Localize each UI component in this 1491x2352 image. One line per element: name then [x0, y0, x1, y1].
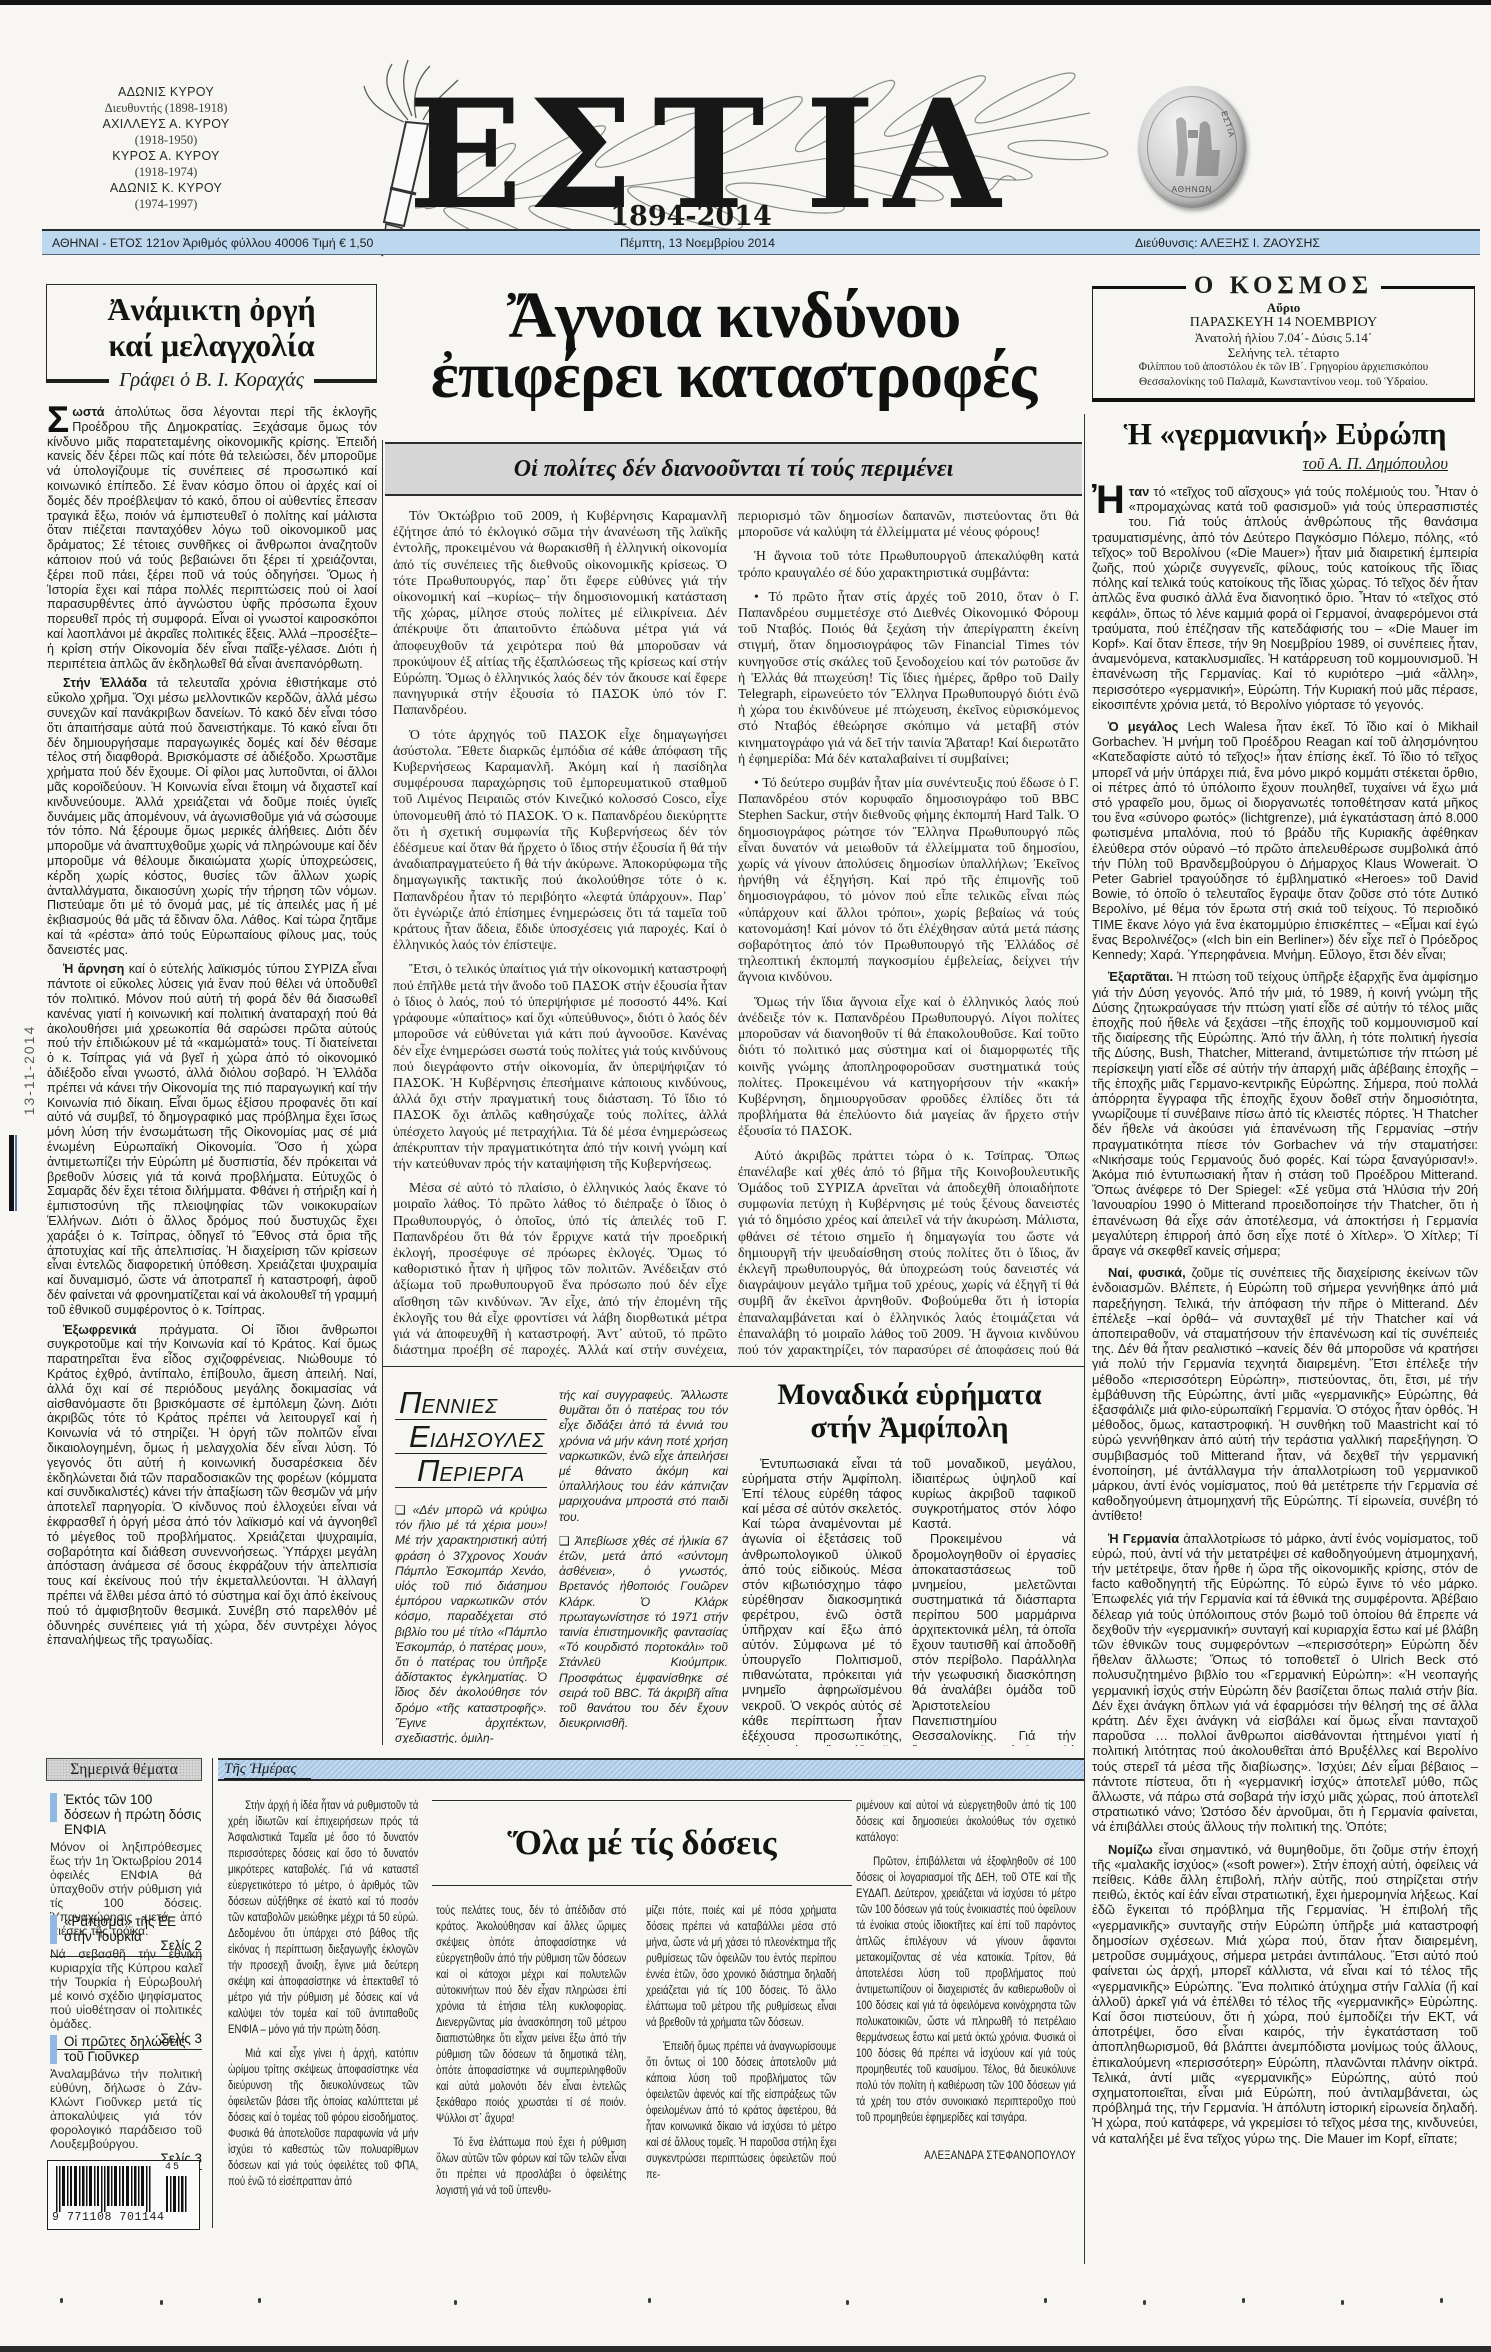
paragraph: Ἡ Γερμανία ἀπαλλοτρίωσε τό μάρκο, ἀντί ἑ… [1092, 1531, 1478, 1835]
section-bar-tis-imeras: Τῆς Ἡμέρας [218, 1758, 1084, 1781]
day-headline: Ὅλα μέ τίς δόσεις [507, 1823, 776, 1862]
heading-rest: ΕΝΝΙΕΣ [421, 1396, 497, 1418]
pennies-column-2: τής καί συγγραφεύς. Ἄλλωστε θυμᾶται ὅτι … [559, 1388, 728, 1743]
kosmos-sun: Ἀνατολή ἡλίου 7.04΄- Δύσις 5.14΄ [1092, 330, 1475, 345]
paragraph: Ὅμως τήν ἴδια ἄγνοια εἶχε καί ὁ ἑλληνικό… [738, 994, 1079, 1140]
barcode-addon: 45 [165, 2162, 181, 2173]
headline-line: Μοναδικά εὑρήματα [737, 1378, 1082, 1411]
germany-body: Ἠταν τό «τεῖχος τοῦ αἴσχους» γιά τούς πο… [1092, 484, 1478, 2266]
paragraph-text: τό «τεῖχος τοῦ αἴσχους» γιά τούς πολέμιο… [1092, 484, 1478, 712]
amphipolis-column-1: Ἐντυπωσιακά εἶναι τά εὑρήματα στήν Ἀμφίπ… [742, 1456, 902, 1746]
topic-text: Ἀναλαμβάνω τήν πολιτική εὐθύνη, δήλωσε ὁ… [50, 2067, 202, 2151]
news-item: ❑ Ἀπεβίωσε χθές σέ ἡλικία 67 ἐτῶν, μετά … [559, 1534, 728, 1732]
perforation-mark [846, 2300, 849, 2305]
top-border [0, 0, 1491, 5]
paragraph-text: τά τελευταῖα χρόνια ἐθιστήκαμε στό εὔκολ… [47, 676, 377, 956]
lead-words: ωστά [72, 405, 104, 419]
pennies-heading: ΠΕΝΝΙΕΣ ΕΙΔΗΣΟΥΛΕΣ ΠΕΡΙΕΡΓΑ [395, 1386, 547, 1488]
perforation-mark [648, 2298, 651, 2303]
paragraph: Ἐπειδή ὅμως πρέπει νά ἀναγνωρίσουμε ὅτι … [646, 2038, 836, 2182]
paragraph: Προκειμένου νά δρομολογηθοῦν οἱ ἐργασίες… [912, 1531, 1076, 1746]
kosmos-moon: Σελήνης τελ. τέταρτο [1092, 345, 1475, 360]
author-name: τοῦ Α. Π. Δημόπουλου [1303, 454, 1448, 473]
paragraph: Μιά καί εἶχε γίνει ἡ ἀρχή, κατόπιν ὡρίμο… [228, 2045, 418, 2189]
news-item: τής καί συγγραφεύς. Ἄλλωστε θυμᾶται ὅτι … [559, 1388, 728, 1525]
paragraph: Πρῶτον, ἐπιβάλλεται νά ἐξοφληθοῦν σέ 100… [856, 1853, 1076, 2125]
paragraph: Ἠταν τό «τεῖχος τοῦ αἴσχους» γιά τούς πο… [1092, 484, 1478, 712]
perforation-mark [1440, 2298, 1443, 2303]
column-rule [1084, 414, 1085, 2264]
newspaper-front-page: ΑΔΩΝΙΣ ΚΥΡΟΥ Διευθυντής (1898-1918) ΑΧΙΛ… [0, 0, 1491, 2352]
paragraph: Ἔτσι, ὁ τελικός ὑπαίτιος γιά τήν οἰκονομ… [393, 961, 727, 1172]
issue-info: ΑΘΗΝΑΙ - ΕΤΟΣ 121ον Ἀριθμός φύλλου 40006… [52, 235, 373, 251]
topic-title: Οἱ πρῶτες δηλώσεις τοῦ Γιοῦνκερ [50, 2034, 202, 2064]
topic-title: «Ράπισμα» τῆς ΕΕ στήν Τουρκία [50, 1914, 202, 1944]
perforation-mark [454, 2300, 457, 2305]
kosmos-title: Ο ΚΟΣΜΟΣ [1092, 272, 1475, 300]
paragraph-text: εἶναι σημαντικό, νά θυμηθοῦμε, ὅτι ζοῦμε… [1092, 1842, 1478, 2146]
editorial-byline-text: Γράφει ὁ Β. Ι. Κοραχάς [109, 369, 314, 391]
founder-name: ΚΥΡΟΣ Α. ΚΥΡΟΥ [88, 148, 244, 164]
pennies-column-1: ❑ «Δέν μπορῶ νά κρύψω τόν ἥλιο μέ τά χέρ… [395, 1503, 547, 1743]
section-rule [383, 1366, 1084, 1367]
headline-line: ἐπιφέρει καταστροφές [385, 346, 1082, 406]
lead-words: Ἡ ἄρνηση [63, 962, 124, 976]
founder-years: (1918-1950) [88, 132, 244, 148]
founder-name: ΑΧΙΛΛΕΥΣ Α. ΚΥΡΟΥ [88, 116, 244, 132]
paragraph-text: ἀπολύτως ὅσα λέγονται περί τῆς ἐκλογῆς Π… [47, 405, 377, 671]
perforation-mark [60, 2298, 63, 2303]
drop-cap: Ἠ [1092, 485, 1125, 515]
editorial-title: Ἀνάμικτη ὀργή καί μελαγχολία [46, 291, 377, 363]
paragraph: Ὁ τότε ἀρχηγός τοῦ ΠΑΣΟΚ εἶχε δημαγωγήσε… [393, 727, 727, 954]
kosmos-content: Αὔριο ΠΑΡΑΣΚΕΥΗ 14 ΝΟΕΜΒΡΙΟΥ Ἀνατολή ἡλί… [1092, 298, 1475, 390]
paragraph: Σωστά ἀπολύτως ὅσα λέγονται περί τῆς ἐκλ… [47, 405, 377, 671]
today-topics-title: Σημερινά θέματα [70, 1761, 178, 1778]
heading-rest: ΕΡΙΕΡΓΑ [439, 1464, 524, 1486]
lead-words: Ὁ μεγάλος [1108, 719, 1178, 734]
pennies-heading-line: ΕΙΔΗΣΟΥΛΕΣ [395, 1420, 547, 1454]
headline-line: Ἄγνοια κινδύνου [385, 286, 1082, 346]
paragraph: Στήν ἀρχή ἡ ἰδέα ἦταν νά ρυθμιστοῦν τά χ… [228, 1797, 418, 2037]
issue-date: Πέμπτη, 13 Νοεμβρίου 2014 [620, 235, 775, 251]
topic-bullet-icon [50, 2035, 57, 2064]
amphipolis-column-2: τοῦ μοναδικοῦ, μεγάλου, ἰδιαιτέρως ὑψηλο… [912, 1456, 1076, 1746]
kosmos-saints: Θεσσαλονίκης τοῦ Παλαμᾶ, Κωνσταντίνου νε… [1092, 375, 1475, 390]
topic-item: Οἱ πρῶτες δηλώσεις τοῦ Γιοῦνκερ Ἀναλαμβά… [50, 2034, 202, 2170]
paragraph-text: καί ὁ εὐτελής λαϊκισμός τύπου ΣΥΡΙΖΑ εἶν… [47, 962, 377, 1316]
paragraph: τοῦ μοναδικοῦ, μεγάλου, ἰδιαιτέρως ὑψηλο… [912, 1456, 1076, 1531]
paragraph: μίζει πότε, ποιές καί μέ πόσα χρήματα δό… [646, 1902, 836, 2030]
founder-years: (1974-1997) [88, 196, 244, 212]
topic-text: Νά σεβασθῆ τήν ἐθνική κυριαρχία τῆς Κύπρ… [50, 1947, 202, 2031]
lead-words: Νομίζω [1108, 1842, 1153, 1857]
pennies-heading-line: ΠΕΝΝΙΕΣ [395, 1386, 547, 1420]
lead-headline: Ἄγνοια κινδύνου ἐπιφέρει καταστροφές [385, 286, 1082, 406]
paragraph-text: Lech Walesa ἦταν ἐκεῖ. Τό ἴδιο καί ὁ Mik… [1092, 719, 1478, 962]
paragraph-text: Ἡ πτώση τοῦ τείχους ὑπῆρξε ἐξαρχῆς ἕνα ἀ… [1092, 969, 1478, 1258]
paragraph-text: ζοῦμε τίς συνέπειες τῆς διαχείρισης ἐκεί… [1092, 1265, 1478, 1523]
logo-letter: Ε [408, 80, 522, 230]
lead-words: Ἐξαρτᾶται. [1108, 969, 1173, 984]
paragraph: Τό ἕνα ἐλάττωμα πού ἔχει ἡ ρύθμιση ὅλων … [436, 2134, 626, 2198]
perforation-mark [1143, 2300, 1146, 2305]
perforation-mark [1341, 2300, 1344, 2305]
drop-cap: Σ [47, 406, 69, 434]
kosmos-label: Αὔριο [1092, 300, 1475, 315]
coin-emblem-icon: ΕΣΤΙΑ ΑΘΗΝΩΝ [1138, 86, 1246, 208]
column-rule [382, 440, 383, 1745]
paragraph: Τόν Ὀκτώβριο τοῦ 2009, ἡ Κυβέρνησις Καρα… [393, 508, 727, 719]
day-column-4: ριμένουν καί αὐτοί νά εὐεργετηθοῦν ἀπό τ… [856, 1797, 1076, 2257]
paragraph-text: πράγματα. Οἱ ἴδιοι ἄνθρωποι συγκροτοῦμε … [47, 1323, 377, 1648]
day-headline-box: Ὅλα μέ τίς δόσεις [432, 1800, 852, 1886]
heading-rest: ΙΔΗΣΟΥΛΕΣ [430, 1430, 545, 1452]
info-bar: ΑΘΗΝΑΙ - ΕΤΟΣ 121ον Ἀριθμός φύλλου 40006… [42, 229, 1480, 255]
paragraph: Νομίζω εἶναι σημαντικό, νά θυμηθοῦμε, ὅτ… [1092, 1842, 1478, 2146]
heading-initial: Π [399, 1385, 421, 1420]
lead-words: Στήν Ἑλλάδα [63, 676, 147, 690]
lead-column-2: περιορισμό τῶν δημοσίων δαπανῶν, πιστεύο… [738, 508, 1079, 1360]
kosmos-day: ΠΑΡΑΣΚΕΥΗ 14 ΝΟΕΜΒΡΙΟΥ [1092, 315, 1475, 330]
paragraph: • Τό πρῶτο ἦταν στίς ἀρχές τοῦ 2010, ὅτα… [738, 589, 1079, 767]
perforation-mark [160, 2300, 163, 2305]
lead-words: Ἐξωφρενικά [63, 1323, 137, 1337]
founder-name: ΑΔΩΝΙΣ Κ. ΚΥΡΟΥ [88, 180, 244, 196]
editorial-title-line: Ἀνάμικτη ὀργή [46, 291, 377, 327]
perforation-mark [258, 2298, 261, 2303]
kosmos-title-text: Ο ΚΟΣΜΟΣ [1186, 272, 1381, 299]
heading-initial: Ε [409, 1419, 430, 1454]
editorial-title-line: καί μελαγχολία [46, 327, 377, 363]
director-info: Διεύθυνσις: ΑΛΕΞΗΣ Ι. ΖΑΟΥΣΗΣ [1135, 235, 1320, 251]
side-date: 13-11-2014 [21, 1015, 41, 1125]
founder-years: (1918-1974) [88, 164, 244, 180]
day-column-1: Στήν ἀρχή ἡ ἰδέα ἦταν νά ρυθμιστοῦν τά χ… [228, 1797, 418, 2232]
coin-inscription-bottom: ΑΘΗΝΩΝ [1138, 185, 1246, 194]
founder-years: Διευθυντής (1898-1918) [88, 100, 244, 116]
side-marker-bar [9, 1135, 14, 1211]
paragraph: Ὁ μεγάλος Lech Walesa ἦταν ἐκεῖ. Τό ἴδιο… [1092, 719, 1478, 962]
perforation-mark [1044, 2298, 1047, 2303]
amphipolis-headline: Μοναδικά εὑρήματα στήν Ἀμφίπολη [737, 1378, 1082, 1444]
topic-item: «Ράπισμα» τῆς ΕΕ στήν Τουρκία Νά σεβασθῆ… [50, 1914, 202, 2050]
paragraph: ριμένουν καί αὐτοί νά εὐεργετηθοῦν ἀπό τ… [856, 1797, 1076, 1845]
paragraph-text: ἀπαλλοτρίωσε τό μάρκο, ἀντί ἑνός νομίσμα… [1092, 1531, 1478, 1835]
paragraph: Ἐξαρτᾶται. Ἡ πτώση τοῦ τείχους ὑπῆρξε ἐξ… [1092, 969, 1478, 1258]
topic-title: Ἐκτός τῶν 100 δόσεων ἡ πρώτη δόσις ΕΝΦΙΑ [50, 1792, 202, 1837]
logo-letter: Α [884, 80, 1000, 230]
lead-words: Ἡ Γερμανία [1108, 1531, 1179, 1546]
lead-column-1: Τόν Ὀκτώβριο τοῦ 2009, ἡ Κυβέρνησις Καρα… [393, 508, 727, 1360]
editorial-body: Σωστά ἀπολύτως ὅσα λέγονται περί τῆς ἐκλ… [47, 405, 377, 1745]
paragraph: Αὐτό ἀκριβῶς πράττει τώρα ὁ κ. Τσίπρας. … [738, 1148, 1079, 1360]
day-column-3: μίζει πότε, ποιές καί μέ πόσα χρήματα δό… [646, 1902, 836, 2232]
day-column-2: τούς πελάτες τους, δέν τό ἀπέδιδαν στό κ… [436, 1902, 626, 2232]
topic-bullet-icon [50, 1793, 57, 1822]
paragraph: Ἐξωφρενικά πράγματα. Οἱ ἴδιοι ἄνθρωποι σ… [47, 1323, 377, 1649]
section-label: Τῆς Ἡμέρας [224, 1760, 311, 1780]
kosmos-saints: Φιλίππου τοῦ ἀποστόλου ἐκ τῶν ΙΒ΄. Γρηγο… [1092, 360, 1475, 375]
bottom-border [0, 2346, 1491, 2352]
paragraph: Ἐντυπωσιακά εἶναι τά εὑρήματα στήν Ἀμφίπ… [742, 1456, 902, 1746]
paragraph: Μέσα σέ αὐτό τό πλαίσιο, ὁ ἑλληνικός λαό… [393, 1180, 727, 1360]
day-author: ΑΛΕΞΑΝΔΡΑ ΣΤΕΦΑΝΟΠΟΥΛΟΥ [856, 2147, 1076, 2163]
paragraph: Στήν Ἑλλάδα τά τελευταῖα χρόνια ἐθιστήκα… [47, 676, 377, 957]
founder-name: ΑΔΩΝΙΣ ΚΥΡΟΥ [88, 84, 244, 100]
germany-headline: Ἡ «γερμανική» Εὐρώπη [1092, 416, 1478, 452]
lead-subheadline: Οἱ πολίτες δέν διανοοῦνται τί τούς περιμ… [514, 456, 954, 482]
pennies-heading-line: ΠΕΡΙΕΡΓΑ [395, 1454, 547, 1488]
masthead-years: 1894-2014 [596, 203, 786, 230]
side-marker-line [15, 1135, 17, 1211]
editorial-byline: Γράφει ὁ Β. Ι. Κοραχάς [46, 368, 377, 392]
heading-initial: Π [417, 1453, 439, 1488]
lead-words: ταν [1129, 484, 1150, 499]
lead-words: Ναί, φυσικά, [1108, 1265, 1186, 1280]
germany-author: τοῦ Α. Π. Δημόπουλου [1092, 454, 1448, 474]
today-topics-header: Σημερινά θέματα [46, 1758, 202, 1781]
news-item: ❑ «Δέν μπορῶ νά κρύψω τόν ἥλιο μέ τά χέρ… [395, 1503, 547, 1743]
topic-bullet-icon [50, 1915, 57, 1944]
paragraph: περιορισμό τῶν δημοσίων δαπανῶν, πιστεύο… [738, 508, 1079, 540]
paragraph: • Τό δεύτερο συμβάν ἦταν μία συνέντευξις… [738, 775, 1079, 986]
paragraph: Ναί, φυσικά, ζοῦμε τίς συνέπειες τῆς δια… [1092, 1265, 1478, 1523]
perforation-mark [1242, 2298, 1245, 2303]
paragraph: Ἡ ἄγνοια τοῦ τότε Πρωθυπουργοῦ ἀπεκαλύφθ… [738, 548, 1079, 580]
logo-letter: Ι [805, 80, 875, 230]
column-rule [212, 1758, 213, 2228]
coin-figures-icon [1162, 110, 1224, 182]
headline-line: στήν Ἀμφίπολη [737, 1411, 1082, 1444]
barcode-digits: 9 771108 701144 [52, 2211, 165, 2224]
barcode: 45 9 771108 701144 [47, 2160, 200, 2230]
founders-list: ΑΔΩΝΙΣ ΚΥΡΟΥ Διευθυντής (1898-1918) ΑΧΙΛ… [88, 84, 244, 212]
paragraph: τούς πελάτες τους, δέν τό ἀπέδιδαν στό κ… [436, 1902, 626, 2126]
paragraph: Ἡ ἄρνηση καί ὁ εὐτελής λαϊκισμός τύπου Σ… [47, 962, 377, 1317]
lead-subheadline-box: Οἱ πολίτες δέν διανοοῦνται τί τούς περιμ… [385, 442, 1082, 496]
